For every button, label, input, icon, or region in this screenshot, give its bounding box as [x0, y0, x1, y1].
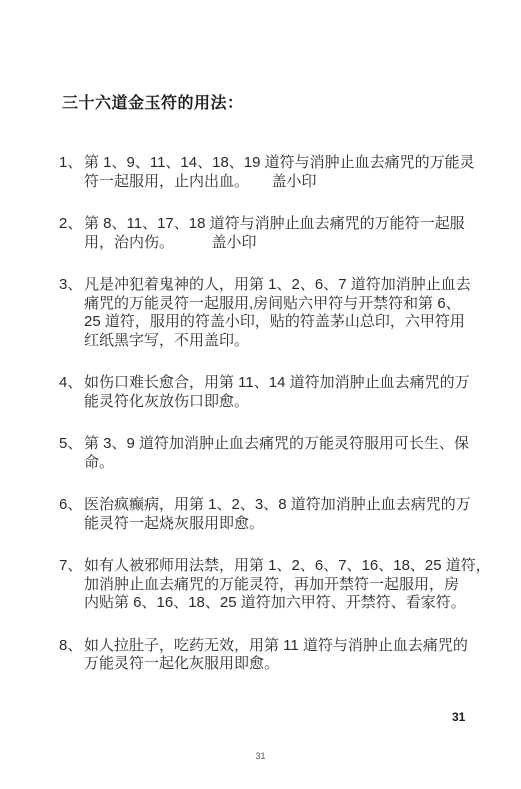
list-item-text: 凡是冲犯着鬼神的人，用第 1、2、6、7 道符加消肿止血去痛咒的万能灵符一起服用…: [84, 276, 471, 350]
list-item-text: 如伤口难长愈合，用第 11、14 道符加消肿止血去痛咒的万能灵符化灰放伤口即愈。: [84, 374, 471, 411]
page-number: 31: [452, 710, 465, 724]
list-item: 2、 第 8、11、17、18 道符与消肿止血去痛咒的万能符一起服用，治内伤。 …: [59, 215, 471, 252]
list-item: 7、 如有人被邪师用法禁，用第 1、2、6、7、16、18、25 道符，加消肿止…: [59, 557, 471, 613]
list-item-text: 第 1、9、11、14、18、19 道符与消肿止血去痛咒的万能灵符一起服用，止内…: [84, 154, 475, 191]
list-item-text: 医治疯癫病，用第 1、2、3、8 道符加消肿止血去病咒的万能灵符一起烧灰服用即愈…: [84, 496, 471, 533]
list-item: 6、 医治疯癫病，用第 1、2、3、8 道符加消肿止血去病咒的万能灵符一起烧灰服…: [59, 496, 471, 533]
list-item: 4、 如伤口难长愈合，用第 11、14 道符加消肿止血去痛咒的万能灵符化灰放伤口…: [59, 374, 471, 411]
list-item-number: 8、: [59, 637, 84, 674]
list-item-number: 5、: [59, 435, 84, 472]
list-item-number: 4、: [59, 374, 84, 411]
list-item-text: 第 8、11、17、18 道符与消肿止血去痛咒的万能符一起服用，治内伤。 盖小印: [84, 215, 471, 252]
document-page: 三十六道金玉符的用法： 1、 第 1、9、11、14、18、19 道符与消肿止血…: [0, 0, 521, 789]
list-item-number: 2、: [59, 215, 84, 252]
footer-page-number: 31: [0, 751, 521, 761]
list-item-number: 6、: [59, 496, 84, 533]
list-item: 3、 凡是冲犯着鬼神的人，用第 1、2、6、7 道符加消肿止血去痛咒的万能灵符一…: [59, 276, 471, 350]
page-title: 三十六道金玉符的用法：: [62, 90, 244, 113]
list-item-number: 1、: [59, 154, 84, 191]
usage-list: 1、 第 1、9、11、14、18、19 道符与消肿止血去痛咒的万能灵符一起服用…: [59, 154, 471, 698]
list-item-number: 7、: [59, 557, 84, 613]
list-item: 1、 第 1、9、11、14、18、19 道符与消肿止血去痛咒的万能灵符一起服用…: [59, 154, 471, 191]
list-item: 8、 如人拉肚子，吃药无效，用第 11 道符与消肿止血去痛咒的万能灵符一起化灰服…: [59, 637, 471, 674]
list-item-text: 如人拉肚子，吃药无效，用第 11 道符与消肿止血去痛咒的万能灵符一起化灰服用即愈…: [84, 637, 471, 674]
list-item-text: 如有人被邪师用法禁，用第 1、2、6、7、16、18、25 道符，加消肿止血去痛…: [84, 557, 491, 613]
list-item-number: 3、: [59, 276, 84, 350]
list-item: 5、 第 3、9 道符加消肿止血去痛咒的万能灵符服用可长生、保命。: [59, 435, 471, 472]
list-item-text: 第 3、9 道符加消肿止血去痛咒的万能灵符服用可长生、保命。: [84, 435, 471, 472]
